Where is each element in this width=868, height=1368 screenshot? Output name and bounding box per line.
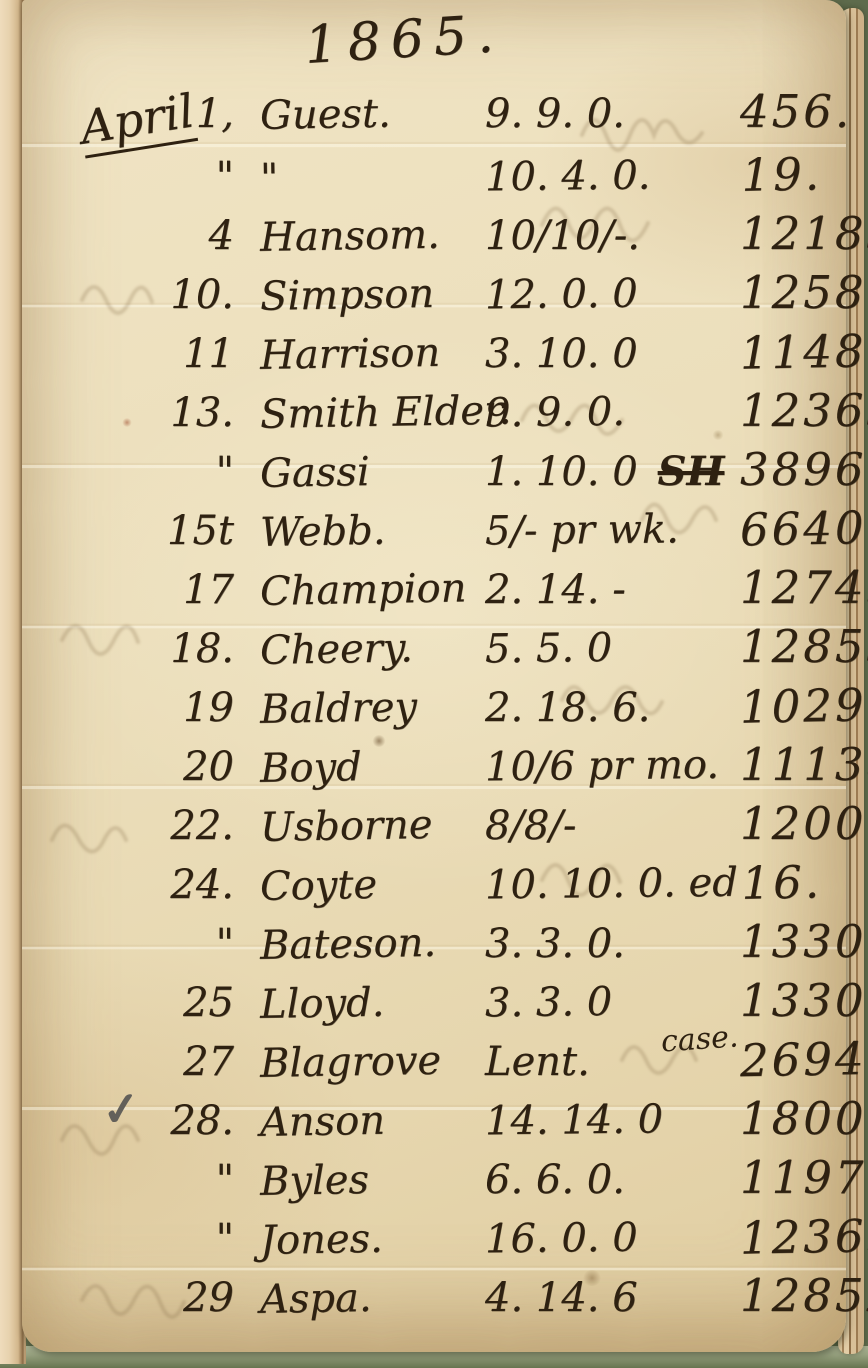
entry-name: Cheery. [252,618,486,681]
ledger-entry-row: 27 Blagrove Lent. 2694 [84,1030,832,1089]
entry-folio-number: 10297. [739,674,868,736]
entry-folio-number: 456. [740,82,862,141]
entry-folio-number: 2694 [739,1029,868,1090]
entry-amount-cell: 9. 9. 0. [485,382,741,444]
ledger-entry-row: 18. Cheery. 5. 5. 0 12853. [84,617,832,676]
ledger-entry-row: 19 Baldrey 2. 18. 6. 10297. [84,676,832,735]
entry-date: 13. [84,384,252,443]
entry-name: Blagrove [252,1031,486,1094]
entry-folio-number: 11971. [740,1148,868,1207]
entry-amount-cell: 4. 14. 6 [485,1269,740,1328]
ledger-entry-row: 15t Webb. 5/- pr wk. 6640. [84,499,832,558]
entry-amount: Lent. [485,1039,590,1085]
ledger-entry-row: " " 10. 4. 0. 19. [84,145,832,204]
ledger-entry-row: 11 Harrison 3. 10. 0 11489. [84,322,832,381]
entry-name: Lloyd. [252,972,486,1035]
entry-amount: 10. 4. 0. [485,153,651,201]
entry-amount-cell: 10/10/-. [485,207,740,266]
entry-amount-cell: 3. 3. 0 [485,972,741,1034]
entry-amount: 8/8/- [485,803,576,849]
entry-date: 17 [84,561,252,620]
entry-name: Guest. [252,83,486,146]
entry-name: Hansom. [252,205,486,268]
entry-date: 11 [84,325,252,384]
ledger-entry-row: " Gassi 1. 10. 0SH 3896 [84,440,832,499]
entry-date: 27 [84,1033,252,1092]
entry-folio-number: 12183. [740,204,868,263]
entry-name: Byles [252,1149,486,1212]
entry-folio-number: 3896 [740,440,868,499]
entry-date: 25 [84,974,252,1033]
entry-folio-number: 12745. [740,558,868,617]
entry-date: 20 [84,738,252,797]
entry-folio-number: 12853. [740,617,868,676]
entry-amount-cell: 1. 10. 0SH [485,442,740,502]
ledger-entry-row: 29 Aspa. 4. 14. 6 12852. [84,1266,832,1325]
entry-date: 18. [84,620,252,679]
entry-folio-number: 12852. [740,1266,868,1325]
ledger-entry-row: " Jones. 16. 0. 0 12365. [84,1207,832,1266]
entry-date: " [84,1210,252,1269]
entry-amount-cell: 14. 14. 0 [485,1090,741,1152]
entry-amount: 10. 10. 0. ed [485,860,738,909]
entry-amount-cell: Lent. [485,1033,740,1092]
entry-amount-cell: 6. 6. 0. [485,1151,740,1210]
entry-amount: 16. 0. 0 [485,1215,638,1263]
entry-name: Coyte [252,854,486,917]
entry-date: 24. [84,856,252,915]
entry-name: " [252,146,486,209]
entry-amount-cell: 12. 0. 0 [485,264,741,326]
entry-amount-cell: 10. 10. 0. ed [485,854,741,916]
ledger-entry-row: " Byles 6. 6. 0. 11971. [84,1148,832,1207]
entry-date: " [84,148,252,207]
entry-folio-number: 19. [739,144,832,205]
page-title-year: 1865. [21,0,787,93]
entry-amount: 14. 14. 0 [485,1096,664,1144]
entry-name: Gassi [252,441,486,504]
ledger-entry-row: 20 Boyd 10/6 pr mo. 11138. [84,735,832,794]
ledger-entry-row: 13. Smith Elder. 9. 9. 0. 12363. [84,381,832,440]
ledger-entry-row: 24. Coyte 10. 10. 0. ed 16. [84,853,832,912]
entry-amount: 4. 14. 6 [485,1275,638,1321]
entry-name: Boyd [252,736,486,799]
entry-name: Webb. [252,500,486,563]
ledger-entry-row: 25 Lloyd. 3. 3. 0 13301. [84,971,832,1030]
entry-name: Aspa. [252,1267,486,1330]
entry-date: 4 [84,207,252,266]
entry-date: " [84,1151,252,1210]
entry-amount: 9. 9. 0. [485,91,625,137]
entry-folio-number: 13309. [740,912,868,971]
entry-folio-number: 12363. [740,381,868,440]
entry-amount: 5/- pr wk. [485,506,679,554]
entry-amount-cell: 10. 4. 0. [485,146,741,208]
ledger-entry-row: 28. Anson 14. 14. 0 18000. [84,1089,832,1148]
entry-amount-cell: 2. 18. 6. [485,679,740,738]
entry-amount: 3. 10. 0 [485,331,638,377]
ledger-entry-row: 1, Guest. 9. 9. 0. 456. [84,82,832,141]
entry-date: " [84,915,252,974]
entry-folio-number: 12007. [740,794,868,853]
entry-folio-number: 6640. [739,498,868,560]
entry-date: " [84,443,252,502]
entry-amount: 3. 3. 0. [485,921,625,967]
entry-date: 22. [84,797,252,856]
entry-amount: 5. 5. 0 [485,625,613,672]
entry-amount-cell: 3. 3. 0. [485,915,740,974]
ledger-page: 1865. April ✓ case. 1, Guest. 9. 9. 0. 4… [22,0,846,1352]
entry-name: Smith Elder. [252,382,486,445]
entry-amount: 12. 0. 0 [485,271,638,319]
ledger-rows: 1, Guest. 9. 9. 0. 456. " " 10. 4. 0. 19… [84,86,832,1325]
entry-amount-cell: 10/6 pr mo. [485,736,741,798]
entry-amount-cell: 5/- pr wk. [485,500,741,562]
entry-struck-initials: SH [658,448,725,495]
entry-date: 29 [84,1269,252,1328]
entry-date: 15t [84,502,252,561]
ledger-entry-row: 10. Simpson 12. 0. 0 12587. [84,263,832,322]
ledger-entry-row: " Bateson. 3. 3. 0. 13309. [84,912,832,971]
entry-name: Bateson. [252,913,486,976]
entry-folio-number: 16. [739,852,832,913]
entry-amount: 2. 18. 6. [485,685,650,731]
entry-amount-cell: 8/8/- [485,797,740,856]
entry-name: Anson [252,1090,486,1153]
entry-folio-number: 12365. [739,1205,868,1267]
ledger-entry-row: 4 Hansom. 10/10/-. 12183. [84,204,832,263]
entry-name: Champion [252,559,486,622]
entry-folio-number: 12587. [740,263,868,322]
entry-amount-cell: 2. 14. - [485,561,740,620]
entry-amount: 10/10/-. [485,213,640,259]
ledger-entry-row: 22. Usborne 8/8/- 12007. [84,794,832,853]
entry-amount: 10/6 pr mo. [485,742,719,790]
entry-amount: 6. 6. 0. [485,1157,625,1203]
entry-folio-number: 18000. [740,1089,868,1148]
entry-amount-cell: 5. 5. 0 [485,618,741,680]
entry-amount: 1. 10. 0 [485,449,638,495]
entry-date: 10. [84,266,252,325]
entry-folio-number: 11489. [739,320,868,382]
entry-amount-cell: 9. 9. 0. [485,85,740,144]
entry-date: 28. [84,1092,252,1151]
entry-amount: 9. 9. 0. [485,389,625,436]
entry-date: 19 [84,679,252,738]
entry-name: Usborne [252,795,486,858]
entry-name: Simpson [252,264,486,327]
entry-name: Harrison [252,323,486,386]
entry-amount-cell: 16. 0. 0 [485,1208,741,1270]
entry-folio-number: 13301. [740,971,868,1030]
entry-amount: 3. 3. 0 [485,979,613,1026]
entry-folio-number: 11138. [740,735,868,794]
entry-name: Baldrey [252,677,486,740]
entry-amount: 2. 14. - [485,567,626,613]
entry-amount-cell: 3. 10. 0 [485,325,740,384]
entry-name: Jones. [252,1208,486,1271]
entry-date: 1, [84,85,252,144]
ledger-entry-row: 17 Champion 2. 14. - 12745. [84,558,832,617]
